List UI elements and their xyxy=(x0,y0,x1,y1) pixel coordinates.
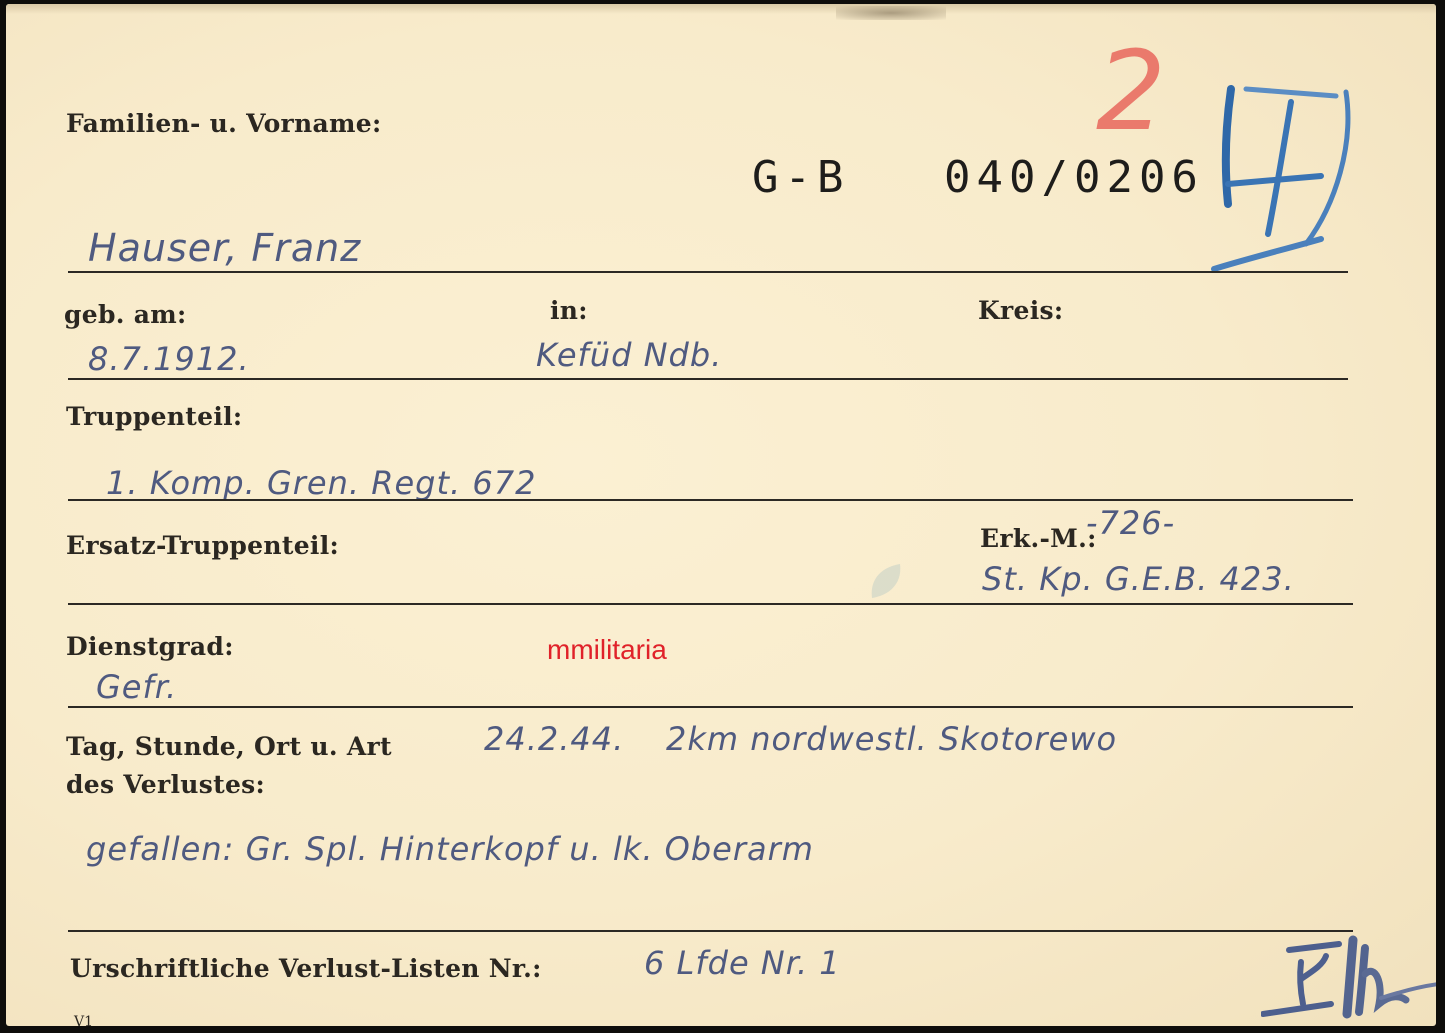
name-line xyxy=(68,271,1348,273)
rank-value[interactable]: Gefr. xyxy=(96,668,177,706)
birth-place-value[interactable]: Kefüd Ndb. xyxy=(536,336,722,374)
loss-place-value[interactable]: 2km nordwestl. Skotorewo xyxy=(666,720,1117,758)
top-edge-smudge xyxy=(836,6,946,20)
replacement-unit-label: Ersatz-Truppenteil: xyxy=(66,531,339,560)
file-number-text: 040/0206 xyxy=(944,152,1204,203)
watermark: mmilitaria xyxy=(547,634,667,666)
birth-date-label: geb. am: xyxy=(64,300,187,329)
form-code: V1 xyxy=(74,1014,93,1026)
name-label: Familien- u. Vorname: xyxy=(66,109,381,138)
leaf-stain-icon xyxy=(868,562,904,602)
loss-details-line xyxy=(68,930,1353,932)
id-tag-value-line1[interactable]: -726- xyxy=(1086,504,1175,542)
red-pencil-mark: 2 xyxy=(1096,36,1166,146)
index-card: Familien- u. Vorname: G-B 040/0206 2 Hau… xyxy=(6,4,1436,1026)
name-value[interactable]: Hauser, Franz xyxy=(88,226,361,270)
loss-description-value[interactable]: gefallen: Gr. Spl. Hinterkopf u. lk. Obe… xyxy=(86,830,814,868)
file-prefix: G-B xyxy=(752,152,849,203)
id-tag-value-line2[interactable]: St. Kp. G.E.B. 423. xyxy=(982,560,1295,598)
loss-list-label: Urschriftliche Verlust-Listen Nr.: xyxy=(70,954,542,983)
rank-label: Dienstgrad: xyxy=(66,632,234,661)
loss-details-label-line2: des Verlustes: xyxy=(66,770,265,799)
blue-pencil-mark-icon xyxy=(1206,84,1356,274)
corner-signature-icon xyxy=(1261,934,1436,1024)
loss-details-label-line1: Tag, Stunde, Ort u. Art xyxy=(66,732,392,761)
birth-line xyxy=(68,378,1348,380)
loss-date-value[interactable]: 24.2.44. xyxy=(484,720,624,758)
loss-list-value[interactable]: 6 Lfde Nr. 1 xyxy=(644,944,841,982)
birth-date-value[interactable]: 8.7.1912. xyxy=(88,340,250,378)
birth-place-label: in: xyxy=(550,296,588,325)
replacement-unit-line xyxy=(68,603,1353,605)
unit-line xyxy=(68,499,1353,501)
id-tag-label: Erk.-M.: xyxy=(980,524,1097,553)
file-prefix-text: G-B xyxy=(752,152,849,203)
district-label: Kreis: xyxy=(978,296,1063,325)
unit-value[interactable]: 1. Komp. Gren. Regt. 672 xyxy=(106,464,536,502)
rank-line xyxy=(68,706,1353,708)
file-number: 040/0206 xyxy=(944,152,1204,203)
unit-label: Truppenteil: xyxy=(66,402,242,431)
